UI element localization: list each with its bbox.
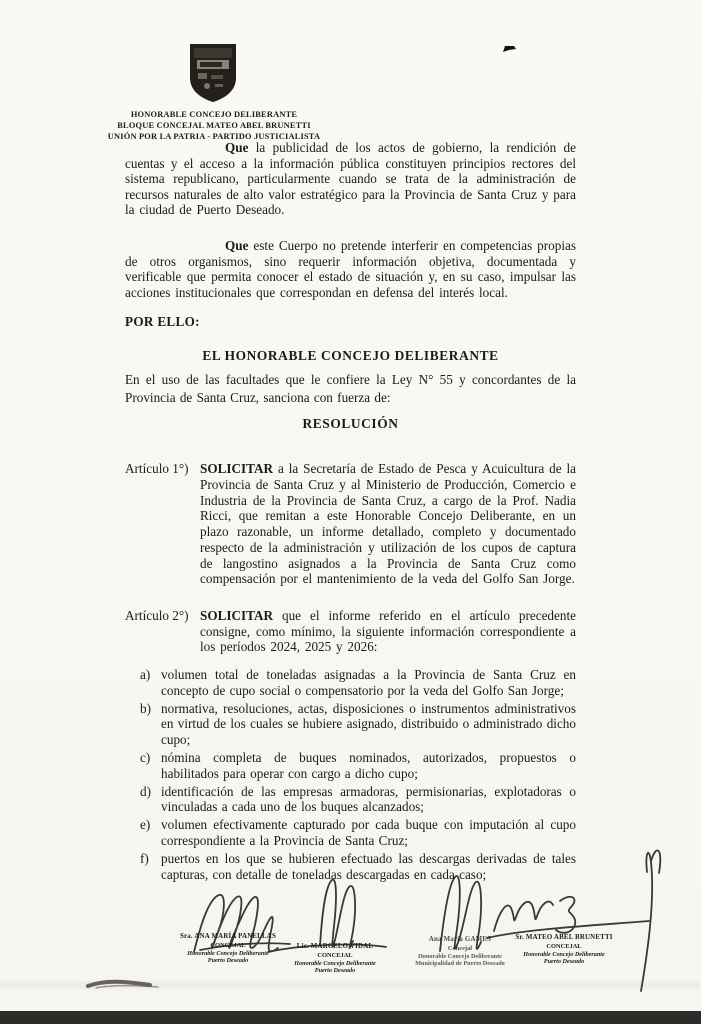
signer-place: Puerto Deseado <box>488 958 640 966</box>
list-item-text: volumen efectivamente capturado por cada… <box>161 817 576 849</box>
signer-name: Sr. MATEO ABEL BRUNETTI <box>488 934 640 943</box>
article-2: Artículo 2°) SOLICITAR que el informe re… <box>125 608 576 655</box>
municipal-crest-icon <box>187 42 239 104</box>
article-text: a la Secretaría de Estado de Pesca y Acu… <box>200 461 576 586</box>
recital-lead: Que <box>225 238 248 253</box>
signer-org: Honorable Concejo Deliberante <box>488 951 640 959</box>
council-heading: EL HONORABLE CONCEJO DELIBERANTE <box>125 348 576 364</box>
por-ello-heading: POR ELLO: <box>125 314 576 330</box>
list-item-f: f) puertos en los que se hubieren efectu… <box>140 851 576 883</box>
letterhead: HONORABLE CONCEJO DELIBERANTE BLOQUE CON… <box>38 109 390 142</box>
list-item-a: a) volumen total de toneladas asignadas … <box>140 667 576 699</box>
preamble-text: En el uso de las facultades que le confi… <box>125 371 576 406</box>
scan-smudge <box>0 981 701 989</box>
recital-paragraph-2: Que este Cuerpo no pretende interferir e… <box>125 238 576 300</box>
list-marker: c) <box>140 750 161 782</box>
recital-text: la publicidad de los actos de gobierno, … <box>125 140 576 217</box>
letterhead-bloc: BLOQUE CONCEJAL MATEO ABEL BRUNETTI <box>38 120 390 131</box>
recital-text: este Cuerpo no pretende interferir en co… <box>125 238 576 300</box>
list-item-text: puertos en los que se hubieren efectuado… <box>161 851 576 883</box>
resolution-heading: RESOLUCIÓN <box>125 416 576 432</box>
ink-blob-icon <box>503 46 516 52</box>
article-1: Artículo 1°) SOLICITAR a la Secretaría d… <box>125 461 576 587</box>
letterhead-org: HONORABLE CONCEJO DELIBERANTE <box>38 109 390 120</box>
article-lead: SOLICITAR <box>200 461 273 476</box>
article-label: Artículo 2°) <box>125 608 200 655</box>
scanned-resolution-page: HONORABLE CONCEJO DELIBERANTE BLOQUE CON… <box>0 0 701 1024</box>
list-item-b: b) normativa, resoluciones, actas, dispo… <box>140 701 576 748</box>
list-item-e: e) volumen efectivamente capturado por c… <box>140 817 576 849</box>
list-marker: a) <box>140 667 161 699</box>
list-marker: e) <box>140 817 161 849</box>
list-marker: b) <box>140 701 161 748</box>
article-label: Artículo 1°) <box>125 461 200 587</box>
signature-block-4: Sr. MATEO ABEL BRUNETTI CONCEJAL Honorab… <box>488 934 640 966</box>
signer-name: Lic. MARCELO VIDAL <box>262 943 408 952</box>
signer-org: Honorable Concejo Deliberante <box>262 960 408 968</box>
requested-info-list: a) volumen total de toneladas asignadas … <box>140 667 576 882</box>
signer-role: CONCEJAL <box>488 943 640 951</box>
list-item-c: c) nómina completa de buques nominados, … <box>140 750 576 782</box>
article-body: SOLICITAR que el informe referido en el … <box>200 608 576 655</box>
list-item-d: d) identificación de las empresas armado… <box>140 784 576 816</box>
document-body: Que la publicidad de los actos de gobier… <box>125 140 576 884</box>
article-lead: SOLICITAR <box>200 608 273 623</box>
scan-edge-bar <box>0 1011 701 1024</box>
list-item-text: volumen total de toneladas asignadas a l… <box>161 667 576 699</box>
list-item-text: nómina completa de buques nominados, aut… <box>161 750 576 782</box>
signer-name: Sra. ANA MARÍA PANELLAS <box>148 933 308 942</box>
list-marker: d) <box>140 784 161 816</box>
recital-paragraph-1: Que la publicidad de los actos de gobier… <box>125 140 576 218</box>
list-item-text: normativa, resoluciones, actas, disposic… <box>161 701 576 748</box>
list-item-text: identificación de las empresas armadoras… <box>161 784 576 816</box>
signer-role: CONCEJAL <box>262 952 408 960</box>
list-marker: f) <box>140 851 161 883</box>
signer-place: Puerto Deseado <box>262 967 408 975</box>
recital-lead: Que <box>225 140 248 155</box>
signature-block-2: Lic. MARCELO VIDAL CONCEJAL Honorable Co… <box>262 943 408 975</box>
article-body: SOLICITAR a la Secretaría de Estado de P… <box>200 461 576 587</box>
